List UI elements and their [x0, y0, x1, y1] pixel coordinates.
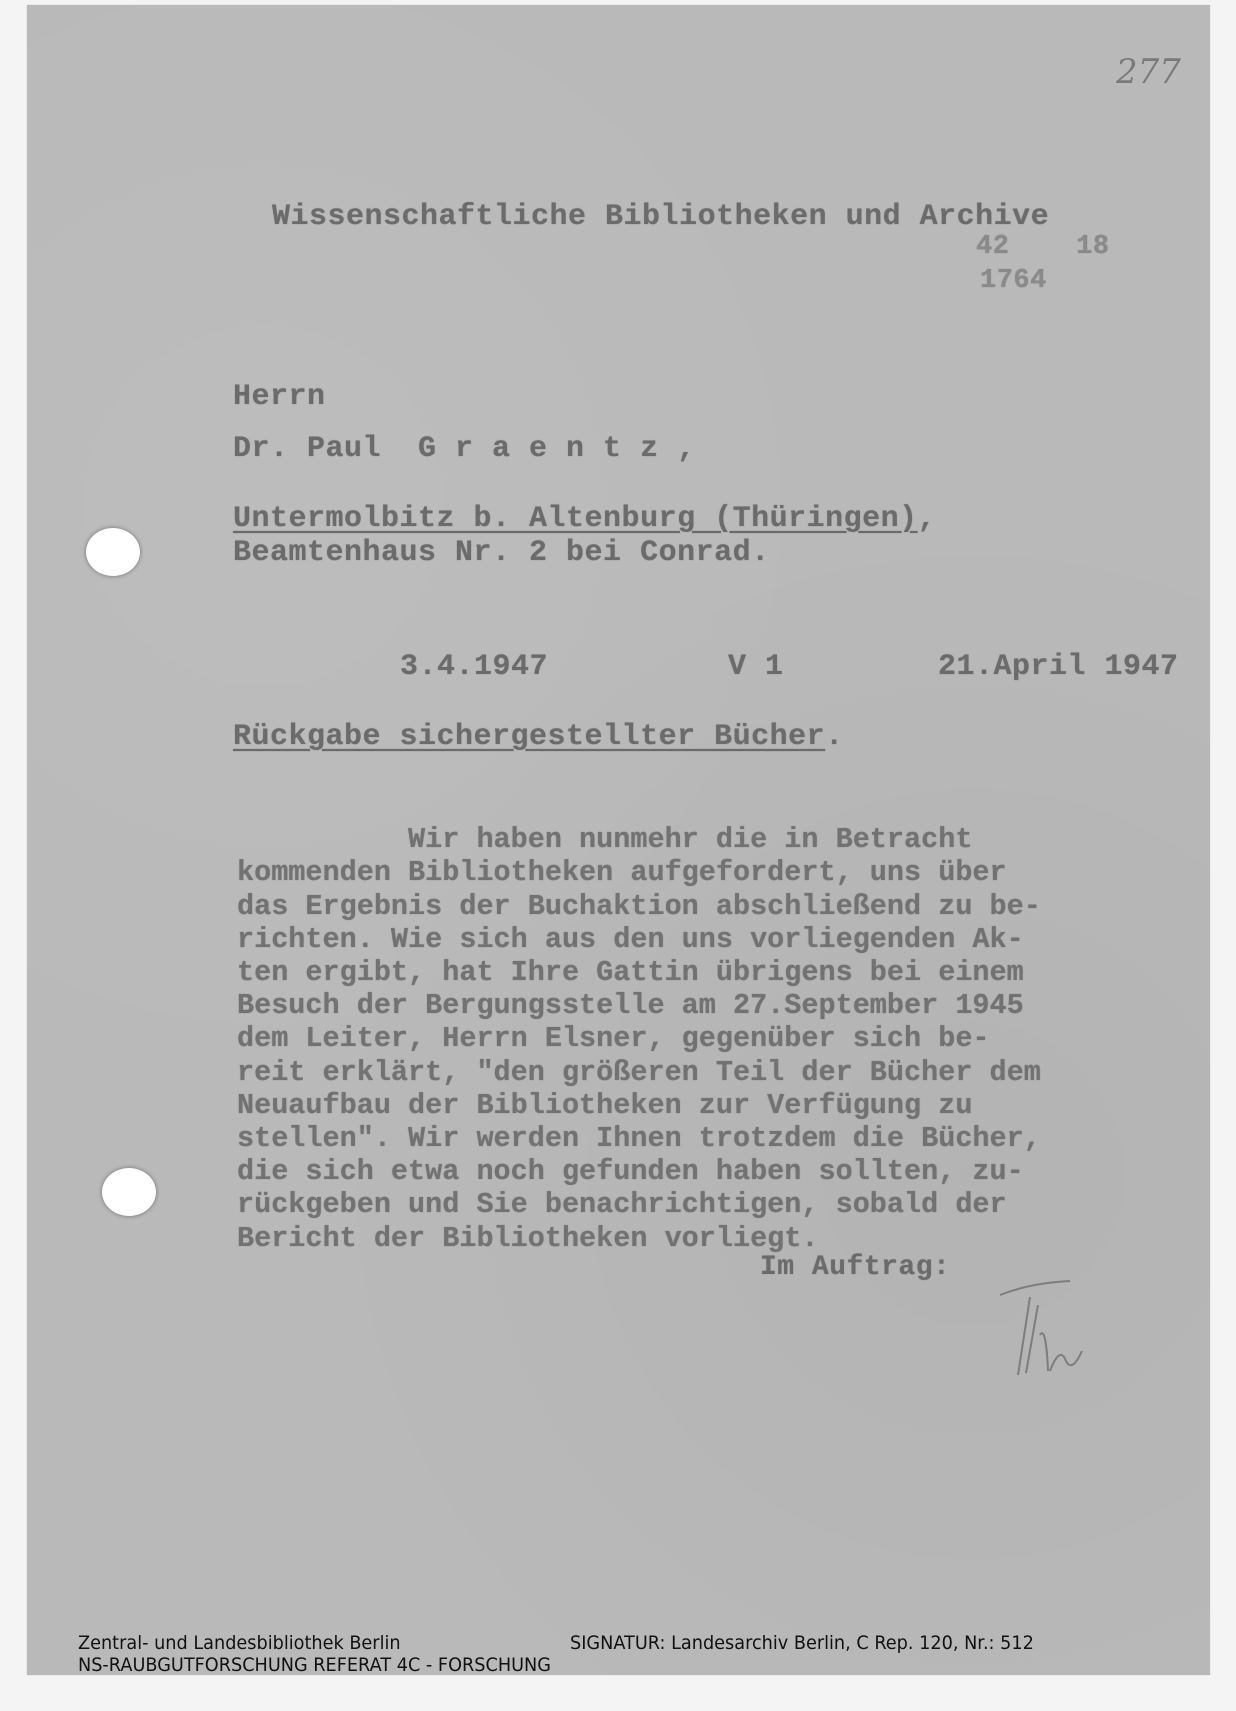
reference-code: V 1: [728, 650, 784, 684]
body-line: richten. Wie sich aus den uns vorliegend…: [237, 923, 1197, 956]
footer-signatur: SIGNATUR: Landesarchiv Berlin, C Rep. 12…: [570, 1632, 1034, 1654]
recipient-address-line-2: Beamtenhaus Nr. 2 bei Conrad.: [233, 536, 770, 570]
body-line: rückgeben und Sie benachrichtigen, sobal…: [237, 1188, 1197, 1221]
punch-hole-bottom: [102, 1168, 156, 1216]
body-line: das Ergebnis der Buchaktion abschließend…: [237, 890, 1197, 923]
punch-hole-top: [86, 528, 140, 576]
reference-date: 3.4.1947: [400, 650, 548, 684]
closing: Im Auftrag:: [760, 1252, 950, 1283]
body-line: Bericht der Bibliotheken vorliegt.: [237, 1222, 1197, 1255]
body-line: kommenden Bibliotheken aufgefordert, uns…: [237, 856, 1197, 889]
body-line: Besuch der Bergungsstelle am 27.Septembe…: [237, 989, 1197, 1022]
address-comma: ,: [918, 502, 937, 536]
body-line: reit erklärt, "den größeren Teil der Büc…: [237, 1056, 1197, 1089]
recipient-name: Dr. Paul G r a e n t z ,: [233, 432, 696, 466]
body-line: die sich etwa noch gefunden haben sollte…: [237, 1155, 1197, 1188]
body-line: stellen". Wir werden Ihnen trotzdem die …: [237, 1122, 1197, 1155]
recipient-salutation: Herrn: [233, 380, 326, 414]
handwritten-signature: Th: [990, 1275, 1110, 1390]
body-line: dem Leiter, Herrn Elsner, gegenüber sich…: [237, 1022, 1197, 1055]
recipient-address-line-1: Untermolbitz b. Altenburg (Thüringen): [233, 502, 918, 536]
signature-scribble-icon: [990, 1275, 1110, 1385]
reference-number: 42 18: [976, 232, 1110, 262]
body-line: Neuaufbau der Bibliotheken zur Verfügung…: [237, 1089, 1197, 1122]
letter-date: 21.April 1947: [938, 650, 1179, 684]
letter-body: Wir haben nunmehr die in Betrachtkommend…: [237, 790, 1197, 1288]
page-number: 277: [1116, 52, 1181, 92]
subject-line: Rückgabe sichergestellter Bücher.: [233, 720, 844, 754]
body-line: Wir haben nunmehr die in Betracht: [237, 823, 1197, 856]
footer-institution: Zentral- und Landesbibliothek Berlin: [78, 1632, 401, 1654]
recipient-address: Untermolbitz b. Altenburg (Thüringen),: [233, 502, 936, 536]
letterhead: Wissenschaftliche Bibliotheken und Archi…: [272, 200, 1049, 234]
body-line: ten ergibt, hat Ihre Gattin übrigens bei…: [237, 956, 1197, 989]
footer-department: NS-RAUBGUTFORSCHUNG REFERAT 4C - FORSCHU…: [78, 1654, 551, 1676]
subject-text: Rückgabe sichergestellter Bücher: [233, 720, 825, 754]
subject-period: .: [825, 720, 844, 754]
reference-number-2: 1764: [980, 266, 1047, 296]
